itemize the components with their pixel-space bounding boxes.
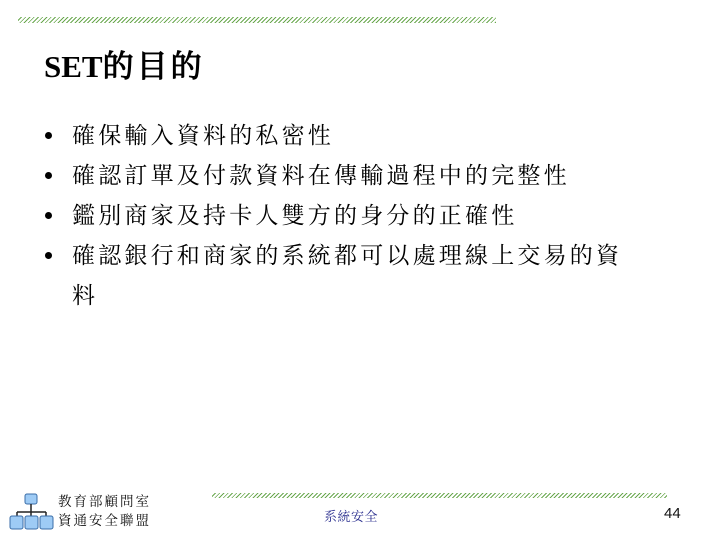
- bullet-item: 確保輸入資料的私密性: [40, 116, 680, 156]
- top-decorative-stripe: [18, 17, 496, 23]
- footer-course-title: 系統安全: [324, 506, 378, 525]
- bullet-text: 確保輸入資料的私密性: [72, 116, 632, 156]
- bullet-dot-icon: [45, 252, 52, 259]
- footer-logo: 教育部顧問室 資通安全聯盟: [8, 492, 168, 536]
- bullet-text: 鑑別商家及持卡人雙方的身分的正確性: [72, 196, 632, 236]
- logo-org-line-1: 教育部顧問室: [58, 494, 151, 511]
- bullet-text: 確認銀行和商家的系統都可以處理線上交易的資料: [72, 236, 632, 316]
- bullet-dot-icon: [45, 212, 52, 219]
- bullet-text: 確認訂單及付款資料在傳輸過程中的完整性: [72, 156, 632, 196]
- slide-title: SET的目的: [44, 48, 205, 86]
- bullet-dot-icon: [45, 132, 52, 139]
- network-hierarchy-icon: [8, 492, 54, 534]
- bottom-decorative-stripe: [212, 493, 667, 498]
- slide-title-cjk: 的目的: [103, 49, 205, 85]
- logo-org-line-2: 資通安全聯盟: [58, 513, 151, 530]
- slide-title-latin: SET: [44, 49, 103, 84]
- bullet-item: 確認銀行和商家的系統都可以處理線上交易的資料: [40, 236, 680, 316]
- page-number: 44: [664, 505, 681, 522]
- bullet-dot-icon: [45, 172, 52, 179]
- bullet-item: 鑑別商家及持卡人雙方的身分的正確性: [40, 196, 680, 236]
- bullet-list: 確保輸入資料的私密性 確認訂單及付款資料在傳輸過程中的完整性 鑑別商家及持卡人雙…: [40, 116, 680, 316]
- bullet-item: 確認訂單及付款資料在傳輸過程中的完整性: [40, 156, 680, 196]
